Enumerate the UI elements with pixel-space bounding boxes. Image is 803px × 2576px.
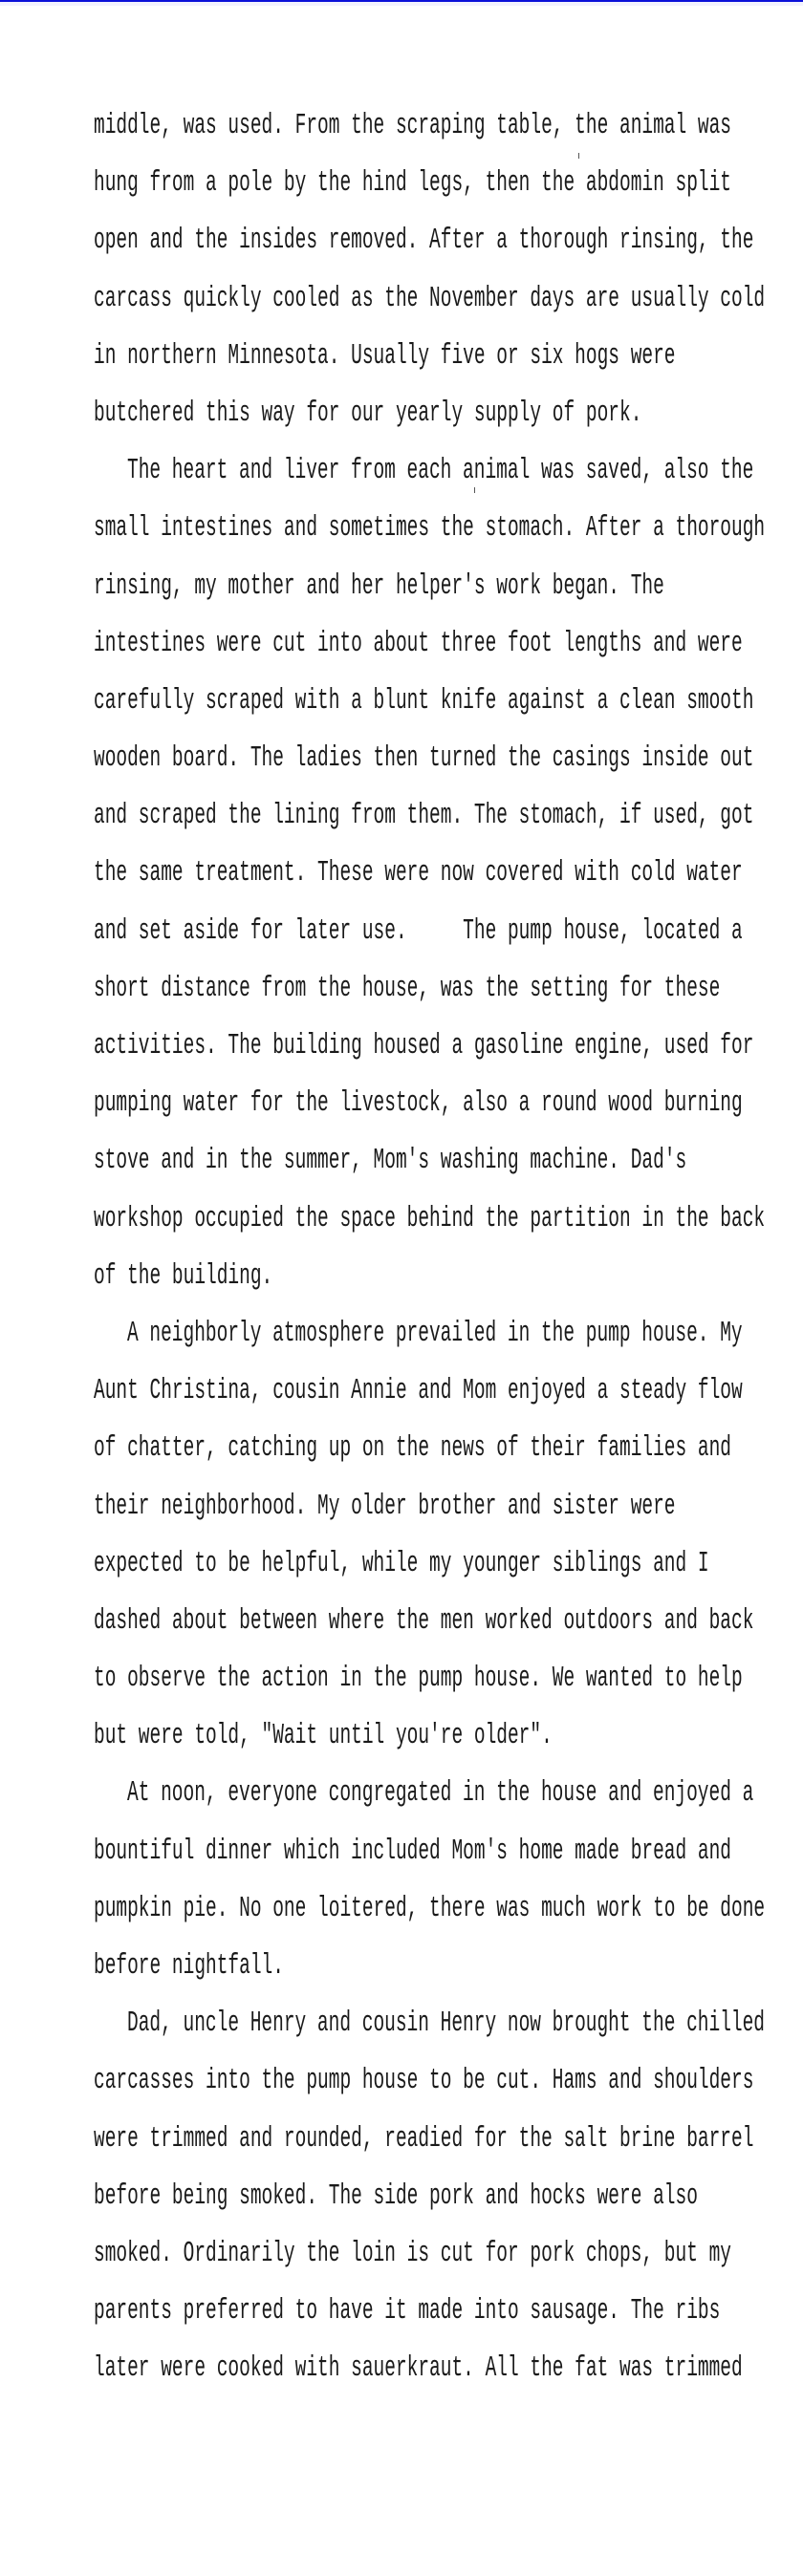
scan-artifact-mark (578, 153, 579, 159)
paragraph-2: The heart and liver from each animal was… (94, 448, 782, 1311)
document-page: middle, was used. From the scraping tabl… (94, 103, 782, 2404)
paragraph-3: A neighborly atmosphere prevailed in the… (94, 1311, 782, 1771)
text-line: later were cooked with sauerkraut. All t… (94, 2346, 782, 2435)
top-border-shadow (0, 2, 803, 6)
paragraph-1: middle, was used. From the scraping tabl… (94, 103, 782, 448)
paragraph-5: Dad, uncle Henry and cousin Henry now br… (94, 2001, 782, 2403)
scan-artifact-mark (474, 487, 475, 493)
paragraph-4: At noon, everyone congregated in the hou… (94, 1771, 782, 2001)
